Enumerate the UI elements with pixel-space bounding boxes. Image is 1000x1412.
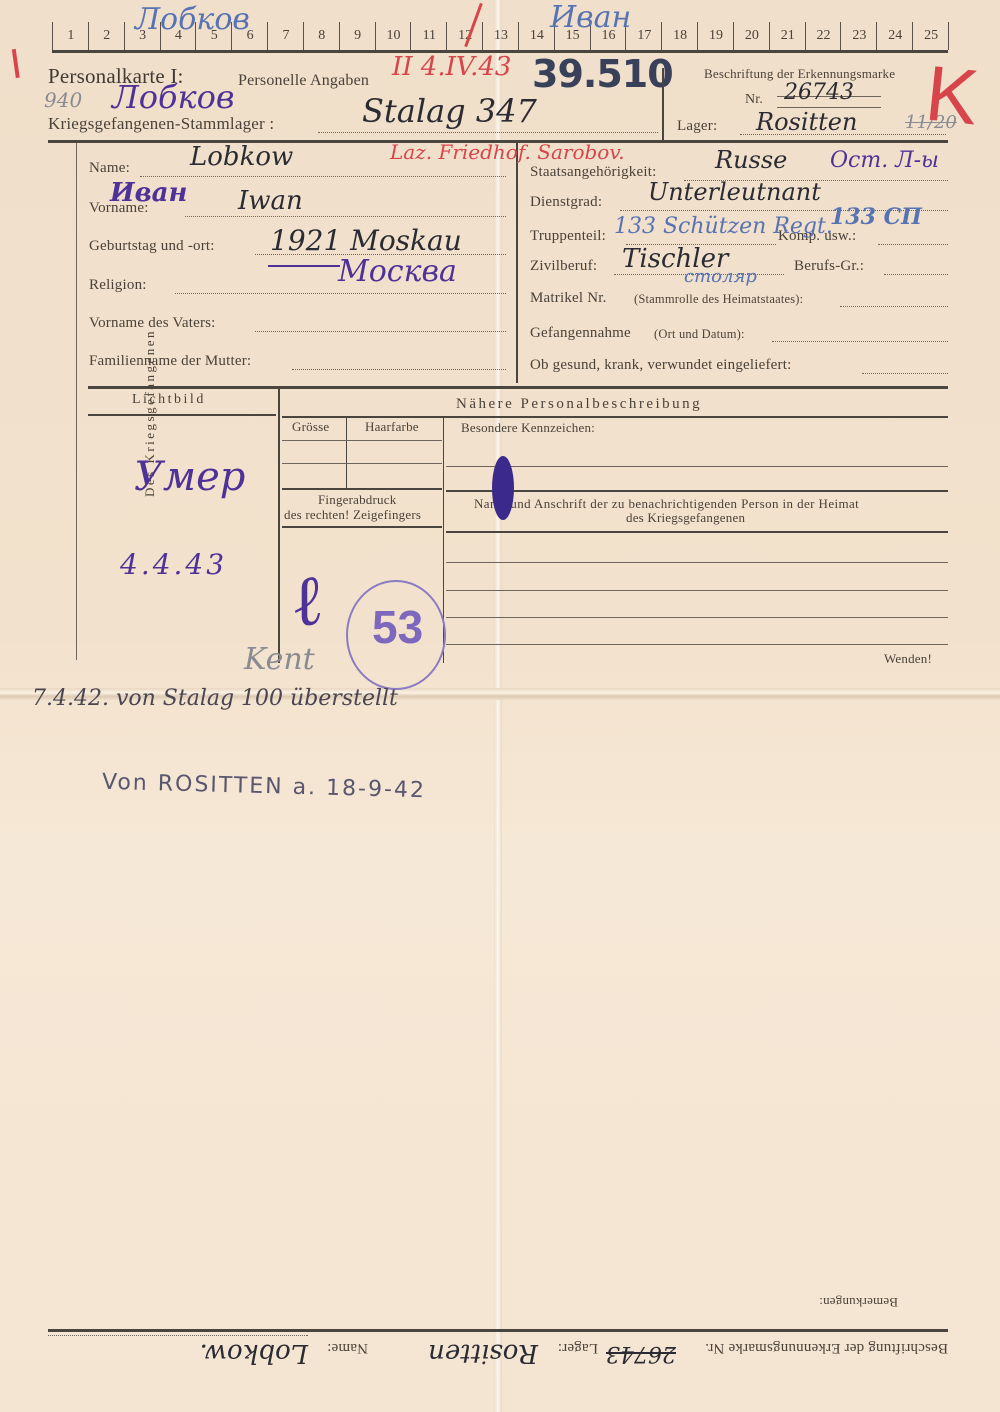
photo-rule	[88, 414, 276, 416]
camp-dots	[318, 132, 658, 133]
right-field-label: Dienstgrad:	[530, 194, 602, 211]
firstname-ru: Иван	[110, 178, 187, 208]
ink-blot	[492, 456, 514, 520]
purple-underline	[268, 265, 340, 267]
red-note: Laz. Friedhof. Sarobov.	[390, 140, 625, 164]
tag-lager-label: Lager:	[677, 118, 717, 135]
right-field-label: Staatsangehörigkeit:	[530, 164, 656, 181]
footer-name-label: Name:	[327, 1339, 368, 1356]
ruler-cell: 11	[410, 22, 447, 50]
pencil-signature: Kent	[244, 642, 315, 677]
turn-over-label: Wenden!	[884, 651, 932, 667]
size-hair-divider	[346, 418, 347, 488]
left-field-label: Familienname der Mutter:	[89, 353, 251, 370]
right-field-label: Matrikel Nr.	[530, 290, 607, 307]
right-field-label-2: Berufs-Gr.:	[794, 258, 864, 275]
contact-line-1[interactable]	[446, 562, 948, 563]
right-field-label: Ob gesund, krank, verwundet eingeliefert…	[530, 357, 791, 374]
purple-surname-ru: Лобков	[112, 78, 235, 116]
ruler-cell: 24	[876, 22, 913, 50]
fingerprint-bottom-rule	[282, 526, 442, 528]
tag-nr-label: Nr.	[745, 92, 763, 108]
marks-line	[446, 466, 948, 467]
ruler-cell: 2	[88, 22, 125, 50]
mid-divider	[516, 143, 518, 383]
description-title: Nähere Personalbeschreibung	[456, 396, 702, 413]
left-field-input[interactable]	[255, 331, 506, 332]
pow-number: 39.510	[532, 52, 673, 96]
left-field-label: Vorname des Vaters:	[89, 315, 216, 332]
ruler-end	[948, 22, 949, 50]
left-field-input[interactable]	[185, 216, 506, 217]
fields-rule	[88, 386, 948, 389]
red-annotation: II 4.IV.43	[392, 52, 511, 82]
footer-tag-value[interactable]: 26743	[606, 1341, 676, 1366]
footer-name-value[interactable]: Lobkow.	[200, 1338, 308, 1368]
remarks-label: Bemerkungen:	[819, 1294, 898, 1310]
photo-divider	[278, 388, 280, 663]
left-field-label: Religion:	[89, 277, 147, 294]
footer-lager-value[interactable]: Rositten	[428, 1338, 538, 1368]
ruler-cell: 20	[733, 22, 770, 50]
top-firstname-ru: Иван	[550, 0, 631, 35]
upside-down-footer: Bemerkungen: Beschriftung der Erkennungs…	[48, 1270, 948, 1380]
fingerprint-label-2: des rechten! Zeigefingers	[284, 507, 421, 523]
ruler-cell: 13	[482, 22, 519, 50]
side-border	[76, 143, 77, 660]
photo-date: 4.4.43	[120, 548, 227, 581]
ruler-cell: 18	[661, 22, 698, 50]
left-field-label: Geburtstag und -ort:	[89, 238, 215, 255]
stamp-number: 53	[372, 600, 423, 654]
footer-lager-label: Lager:	[558, 1339, 598, 1356]
right-field-input[interactable]	[840, 306, 948, 307]
top-surname-ru: Лобков	[135, 2, 250, 37]
unit-ru: 133 СП	[830, 204, 922, 230]
ruler-cell: 9	[339, 22, 376, 50]
rank-value[interactable]: Unterleutnant	[648, 178, 821, 206]
footer-tag-label: Beschriftung der Erkennungsmarke Nr.	[705, 1339, 948, 1356]
nationality-ru: Ост. Л-ы	[830, 148, 939, 173]
fingerprint-top-rule	[282, 488, 442, 490]
nationality-value[interactable]: Russe	[715, 146, 787, 174]
contact-top-rule	[446, 490, 948, 492]
contact-rule	[446, 531, 948, 533]
card-subtitle: Personelle Angaben	[238, 72, 369, 90]
red-k-mark: K	[921, 48, 982, 144]
footer-name-dots	[48, 1335, 308, 1336]
ruler-cell: 1	[52, 22, 89, 50]
right-field-input-2[interactable]	[884, 274, 948, 275]
contact-line-2[interactable]	[446, 590, 948, 591]
header-divider	[662, 68, 664, 140]
marks-label: Besondere Kennzeichen:	[461, 420, 595, 436]
birthplace-ru: Москва	[338, 254, 457, 289]
transfer-note: 7.4.42. von Stalag 100 überstellt	[32, 686, 398, 711]
size-row-1	[282, 440, 442, 441]
birth-value[interactable]: 1921 Moskau	[270, 224, 462, 257]
photo-note: Умер	[134, 454, 245, 500]
ruler-cell: 22	[805, 22, 842, 50]
fingerprint-label-1: Fingerabdruck	[318, 492, 396, 508]
ruler-cell: 8	[303, 22, 340, 50]
right-field-input-2[interactable]	[878, 244, 948, 245]
ruler-cell: 19	[697, 22, 734, 50]
ruler-cell: 10	[375, 22, 412, 50]
ruler-cell: 7	[267, 22, 304, 50]
tag-nr-value[interactable]: 26743	[784, 80, 854, 105]
camp-label: Kriegsgefangenen-Stammlager :	[48, 114, 274, 134]
name-value[interactable]: Lobkow	[190, 142, 293, 172]
profession-ru: столяр	[684, 266, 757, 287]
left-field-input[interactable]	[140, 176, 506, 177]
desc-rule	[282, 416, 948, 418]
unit-value[interactable]: 133 Schützen Regt.	[614, 214, 833, 239]
size-row-2	[282, 463, 442, 464]
ruler-cell: 21	[769, 22, 806, 50]
right-field-label: Gefangennahme	[530, 325, 631, 342]
left-field-input[interactable]	[292, 369, 506, 370]
left-field-input[interactable]	[175, 293, 506, 294]
vertical-fold	[494, 0, 502, 1412]
right-field-input[interactable]	[862, 373, 948, 374]
size-label: Grösse	[292, 419, 329, 435]
right-field-label: Zivilberuf:	[530, 258, 597, 275]
firstname-value[interactable]: Iwan	[238, 186, 303, 216]
left-field-label: Name:	[89, 160, 130, 177]
tag-lager-value[interactable]: Rositten	[756, 108, 857, 136]
photo-label: Lichtbild	[132, 392, 206, 408]
right-field-input[interactable]	[772, 341, 948, 342]
contact-line-4[interactable]	[446, 644, 948, 645]
margin-pencil-number: 940	[44, 88, 82, 112]
footer-rule	[48, 1329, 948, 1332]
right-field-note: (Stammrolle des Heimatstaates):	[634, 292, 803, 307]
contact-label-2: des Kriegsgefangenen	[626, 510, 745, 526]
camp-value[interactable]: Stalag 347	[362, 92, 537, 130]
right-field-note: (Ort und Datum):	[654, 327, 745, 342]
right-field-label: Truppenteil:	[530, 228, 606, 245]
hair-label: Haarfarbe	[365, 419, 419, 435]
contact-line-3[interactable]	[446, 617, 948, 618]
ruler-cell: 25	[912, 22, 949, 50]
ruler-cell: 23	[840, 22, 877, 50]
